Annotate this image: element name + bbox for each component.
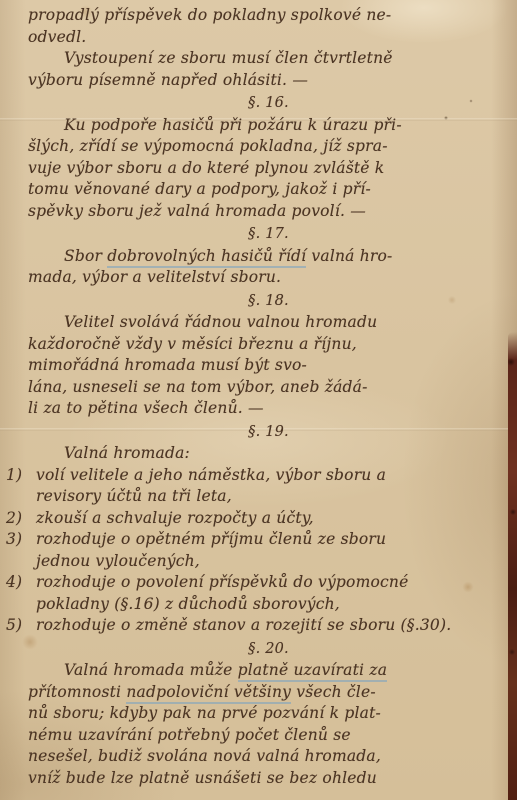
list-line: 3)rozhoduje o opětném příjmu členů ze sb… — [28, 529, 509, 551]
pencil-underline: dobrovolných hasičů řídí — [107, 247, 306, 268]
manuscript-line: nů sboru; kdyby pak na prvé pozvání k pl… — [28, 703, 509, 725]
list-marker: 1) — [6, 465, 36, 487]
manuscript-line: Sbor dobrovolných hasičů řídí valná hro- — [28, 246, 509, 268]
manuscript-line: výboru písemně napřed ohlásiti. — — [28, 70, 509, 92]
manuscript-line: přítomnosti nadpoloviční většiny všech č… — [28, 682, 509, 704]
list-marker — [6, 486, 36, 508]
list-line: pokladny (§.16) z důchodů sborových, — [28, 594, 509, 616]
list-marker — [6, 551, 36, 573]
manuscript-line: šlých, zřídí se výpomocná pokladna, jíž … — [28, 136, 509, 158]
manuscript-line: propadlý příspěvek do pokladny spolkové … — [28, 5, 509, 27]
manuscript-page: propadlý příspěvek do pokladny spolkové … — [0, 0, 517, 800]
manuscript-line: Velitel svolává řádnou valnou hromadu — [28, 312, 509, 334]
manuscript-line: li za to pětina všech členů. — — [28, 398, 509, 420]
manuscript-line: lána, usneseli se na tom výbor, aneb žád… — [28, 377, 509, 399]
pencil-underline: platně uzavírati za — [238, 661, 388, 682]
list-marker: 2) — [6, 508, 36, 530]
list-line: revisory účtů na tři leta, — [28, 486, 509, 508]
manuscript-line: Valná hromada může platně uzavírati za — [28, 660, 509, 682]
manuscript-line: Vystoupení ze sboru musí člen čtvrtletně — [28, 48, 509, 70]
list-text: pokladny (§.16) z důchodů sborových, — [36, 594, 340, 616]
list-text: jednou vyloučených, — [36, 551, 200, 573]
manuscript-text: propadlý příspěvek do pokladny spolkové … — [28, 5, 509, 789]
manuscript-line: mada, výbor a velitelství sboru. — [28, 267, 509, 289]
manuscript-line: odvedl. — [28, 27, 509, 49]
list-text: rozhoduje o povolení příspěvků do výpomo… — [36, 572, 408, 594]
list-marker — [6, 594, 36, 616]
manuscript-line: nému uzavírání potřebný počet členů se — [28, 725, 509, 747]
manuscript-line: vuje výbor sboru a do které plynou zvláš… — [28, 158, 509, 180]
section-heading: §. 20. — [28, 639, 509, 661]
pencil-underline: nadpoloviční většiny — [126, 683, 291, 704]
section-heading: §. 17. — [28, 224, 509, 246]
list-text: zkouší a schvaluje rozpočty a účty, — [36, 508, 314, 530]
list-line: 4)rozhoduje o povolení příspěvků do výpo… — [28, 572, 509, 594]
list-text: revisory účtů na tři leta, — [36, 486, 232, 508]
manuscript-line: tomu věnované dary a podpory, jakož i př… — [28, 179, 509, 201]
list-line: 5)rozhoduje o změně stanov a rozejití se… — [28, 615, 509, 637]
list-text: volí velitele a jeho náměstka, výbor sbo… — [36, 465, 386, 487]
section-heading: §. 18. — [28, 291, 509, 313]
list-text: rozhoduje o změně stanov a rozejití se s… — [36, 615, 451, 637]
manuscript-line: mimořádná hromada musí být svo- — [28, 355, 509, 377]
manuscript-line: vníž bude lze platně usnášeti se bez ohl… — [28, 768, 509, 790]
section-heading: §. 16. — [28, 93, 509, 115]
book-binding-edge — [508, 332, 517, 800]
list-line: 2)zkouší a schvaluje rozpočty a účty, — [28, 508, 509, 530]
list-marker: 5) — [6, 615, 36, 637]
manuscript-line: každoročně vždy v měsíci březnu a říjnu, — [28, 334, 509, 356]
manuscript-line: spěvky sboru jež valná hromada povolí. — — [28, 201, 509, 223]
list-line: 1)volí velitele a jeho náměstka, výbor s… — [28, 465, 509, 487]
manuscript-line: Ku podpoře hasičů při požáru k úrazu při… — [28, 115, 509, 137]
section-heading: §. 19. — [28, 422, 509, 444]
list-line: jednou vyloučených, — [28, 551, 509, 573]
manuscript-line: Valná hromada: — [28, 443, 509, 465]
list-text: rozhoduje o opětném příjmu členů ze sbor… — [36, 529, 386, 551]
manuscript-line: nesešel, budiž svolána nová valná hromad… — [28, 746, 509, 768]
list-marker: 3) — [6, 529, 36, 551]
list-marker: 4) — [6, 572, 36, 594]
